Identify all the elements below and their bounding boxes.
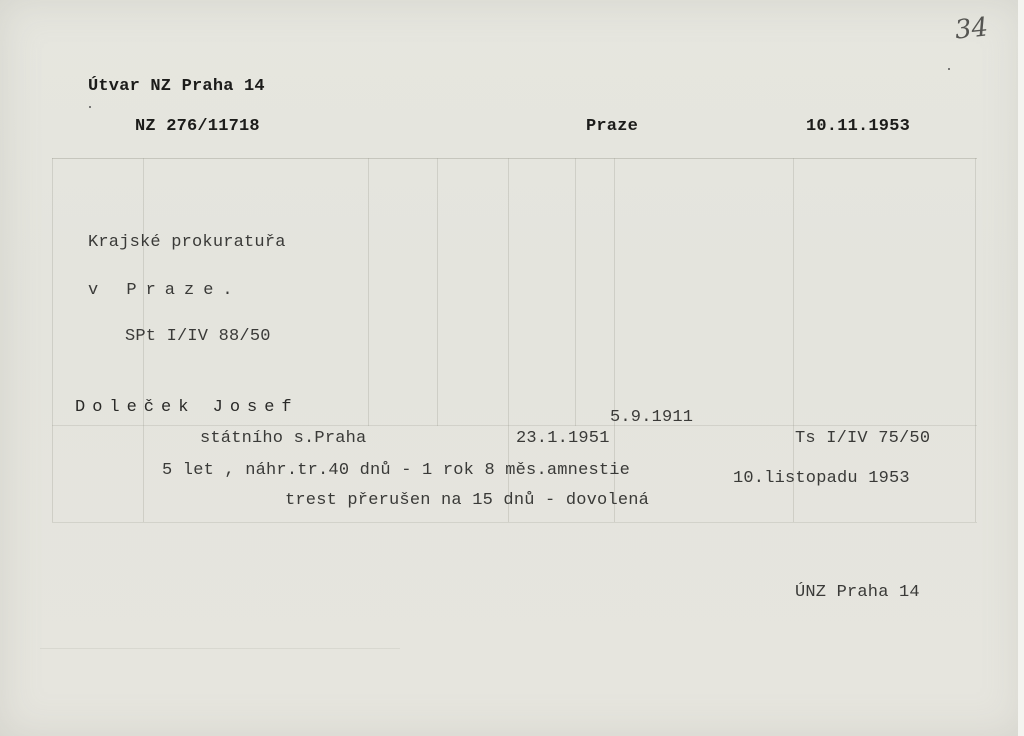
release-date: 10.listopadu 1953 — [733, 469, 910, 489]
grid-top-line — [52, 158, 977, 159]
grid-bottom-line — [52, 522, 977, 523]
case-number: Ts I/IV 75/50 — [795, 429, 930, 449]
grid-col-line — [52, 158, 53, 522]
reference-number: NZ 276/11718 — [135, 117, 260, 137]
grid-col-line — [437, 158, 438, 426]
case-reference: SPt I/IV 88/50 — [125, 327, 271, 347]
addressee-line-2: v Praze. — [88, 281, 242, 301]
index-card: 34 Útvar NZ Praha 14 NZ 276/11718 Praze … — [0, 0, 1024, 736]
person-name: Doleček Josef — [75, 398, 299, 418]
grid-col-line — [368, 158, 369, 426]
unit-name: Útvar NZ Praha 14 — [88, 77, 265, 97]
sentence-date: 23.1.1951 — [516, 429, 610, 449]
handwritten-page-number: 34 — [954, 12, 990, 45]
grid-col-line — [575, 158, 576, 426]
ink-dot — [948, 68, 950, 70]
grid-col-line — [975, 158, 976, 522]
header-date: 10.11.1953 — [806, 117, 910, 137]
ink-dot — [89, 106, 91, 108]
grid-mid-line — [52, 425, 977, 426]
court: státního s.Praha — [200, 429, 366, 449]
card-edge — [1018, 0, 1024, 736]
grid-col-line — [793, 158, 794, 522]
note: trest přerušen na 15 dnů - dovolená — [285, 491, 649, 511]
signature-unit: ÚNZ Praha 14 — [795, 583, 920, 603]
birth-date: 5.9.1911 — [610, 408, 693, 428]
sentence: 5 let , náhr.tr.40 dnů - 1 rok 8 měs.amn… — [162, 461, 630, 481]
addressee-line-1: Krajské prokuratuřa — [88, 233, 286, 253]
place: Praze — [586, 117, 638, 137]
grid-lower-line — [40, 648, 400, 649]
